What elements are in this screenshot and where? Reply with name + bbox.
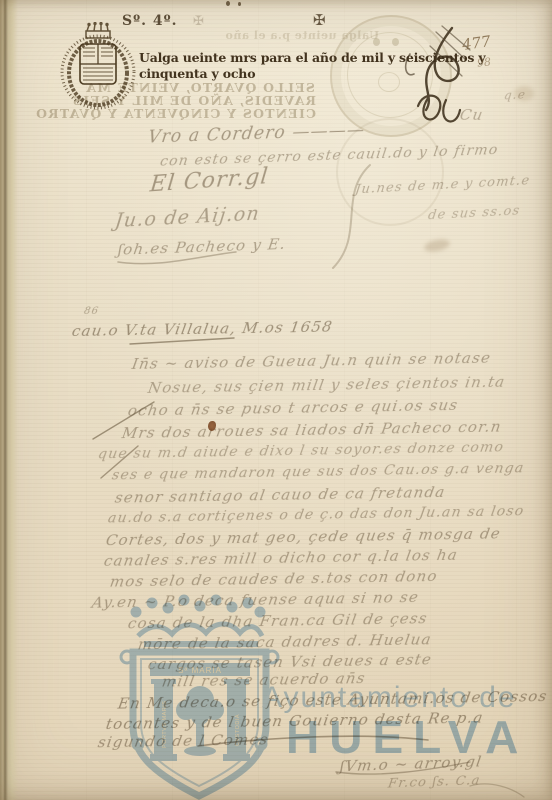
pen-strokes-overlay bbox=[0, 0, 552, 800]
signature-swash bbox=[470, 784, 524, 797]
manuscript-page: Ualga ueinte p.a el año SELLO QVARTO, VE… bbox=[0, 0, 552, 800]
margin-stroke bbox=[101, 446, 138, 478]
heading-underline bbox=[130, 338, 234, 344]
signature-swash bbox=[336, 762, 470, 774]
margin-stroke bbox=[93, 402, 154, 439]
flourish-s-curve bbox=[333, 165, 370, 268]
paragraph-swash bbox=[198, 736, 428, 746]
paper-speck bbox=[238, 2, 241, 6]
signature-swash bbox=[118, 252, 236, 264]
paper-speck bbox=[226, 1, 230, 6]
smudge-stain bbox=[514, 86, 534, 101]
